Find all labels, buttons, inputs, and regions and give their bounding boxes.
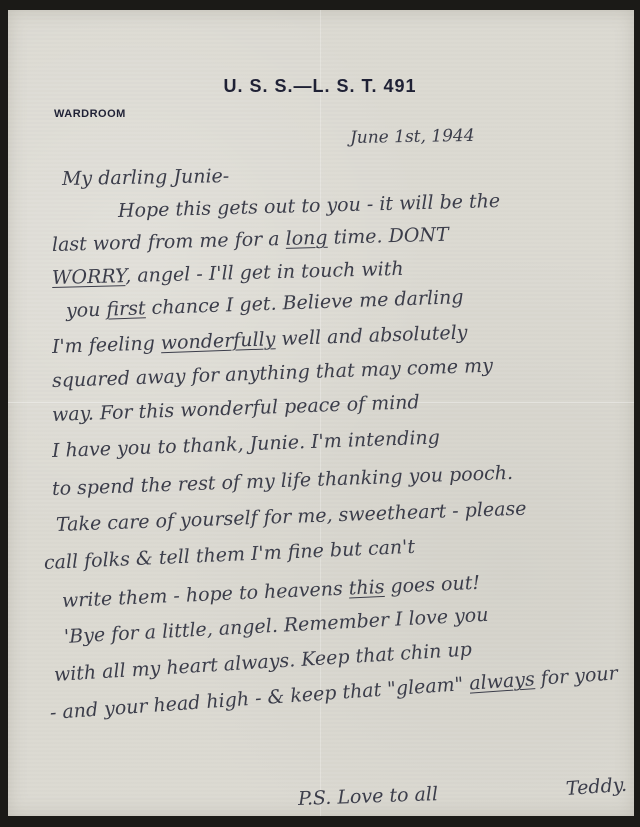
letter-line-text: time. DONT [327, 224, 449, 249]
underlined-word: first [106, 297, 146, 320]
underlined-word: always [469, 668, 536, 695]
letterhead-ship-name: U. S. S.—L. S. T. 491 [0, 76, 640, 97]
letter-signature: Teddy. [565, 774, 627, 800]
letter-line-text: you [66, 299, 107, 322]
letter-salutation: My darling Junie- [62, 165, 230, 190]
underlined-word: WORRY [52, 265, 126, 289]
letterhead-room: WARDROOM [54, 108, 126, 120]
underlined-word: long [285, 227, 327, 250]
letter-line-text: goes out! [384, 572, 480, 598]
letter-date: June 1st, 1944 [350, 126, 475, 148]
letter-line-text: I'm feeling [52, 332, 162, 358]
underlined-word: this [348, 576, 385, 600]
underlined-word: wonderfully [160, 328, 275, 354]
